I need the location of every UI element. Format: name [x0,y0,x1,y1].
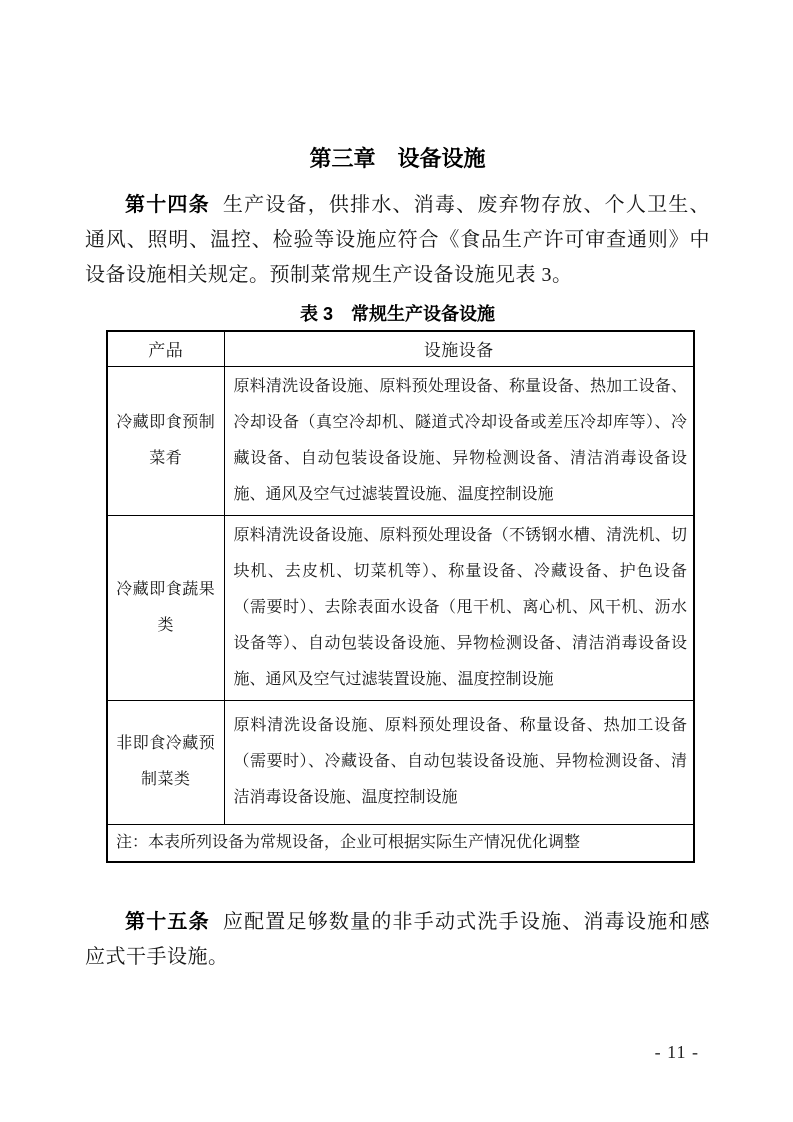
column-header-equipment: 设施设备 [224,331,694,366]
page-number: - 11 - [655,1040,699,1064]
table-note: 注：本表所列设备为常规设备，企业可根据实际生产情况优化调整 [107,824,694,862]
table-row: 冷藏即食蔬果类 原料清洗设备设施、原料预处理设备（不锈钢水槽、清洗机、切块机、去… [107,515,694,700]
table-row: 非即食冷藏预制菜类 原料清洗设备设施、原料预处理设备、称量设备、热加工设备（需要… [107,700,694,824]
article-14-label: 第十四条 [125,194,210,216]
equipment-cell-refrigerated-rte-produce: 原料清洗设备设施、原料预处理设备（不锈钢水槽、清洗机、切块机、去皮机、切菜机等）… [224,515,694,700]
table-header-row: 产品 设施设备 [107,331,694,366]
table-note-row: 注：本表所列设备为常规设备，企业可根据实际生产情况优化调整 [107,824,694,862]
equipment-table: 产品 设施设备 冷藏即食预制菜肴 原料清洗设备设施、原料预处理设备、称量设备、热… [106,330,695,863]
product-cell-refrigerated-rte-produce: 冷藏即食蔬果类 [107,515,224,700]
table-row: 冷藏即食预制菜肴 原料清洗设备设施、原料预处理设备、称量设备、热加工设备、冷却设… [107,366,694,515]
chapter-title: 第三章 设备设施 [85,144,710,174]
document-page: 第三章 设备设施 第十四条生产设备，供排水、消毒、废弃物存放、个人卫生、通风、照… [0,0,793,1122]
equipment-cell-non-rte-refrigerated: 原料清洗设备设施、原料预处理设备、称量设备、热加工设备（需要时）、冷藏设备、自动… [224,700,694,824]
article-15-label: 第十五条 [125,911,210,933]
product-cell-refrigerated-rte-dishes: 冷藏即食预制菜肴 [107,366,224,515]
article-14-paragraph: 第十四条生产设备，供排水、消毒、废弃物存放、个人卫生、通风、照明、温控、检验等设… [85,188,710,293]
article-15-paragraph: 第十五条应配置足够数量的非手动式洗手设施、消毒设施和感应式干手设施。 [85,905,710,975]
product-cell-non-rte-refrigerated: 非即食冷藏预制菜类 [107,700,224,824]
column-header-product: 产品 [107,331,224,366]
table-caption: 表 3 常规生产设备设施 [85,301,710,327]
equipment-cell-refrigerated-rte-dishes: 原料清洗设备设施、原料预处理设备、称量设备、热加工设备、冷却设备（真空冷却机、隧… [224,366,694,515]
